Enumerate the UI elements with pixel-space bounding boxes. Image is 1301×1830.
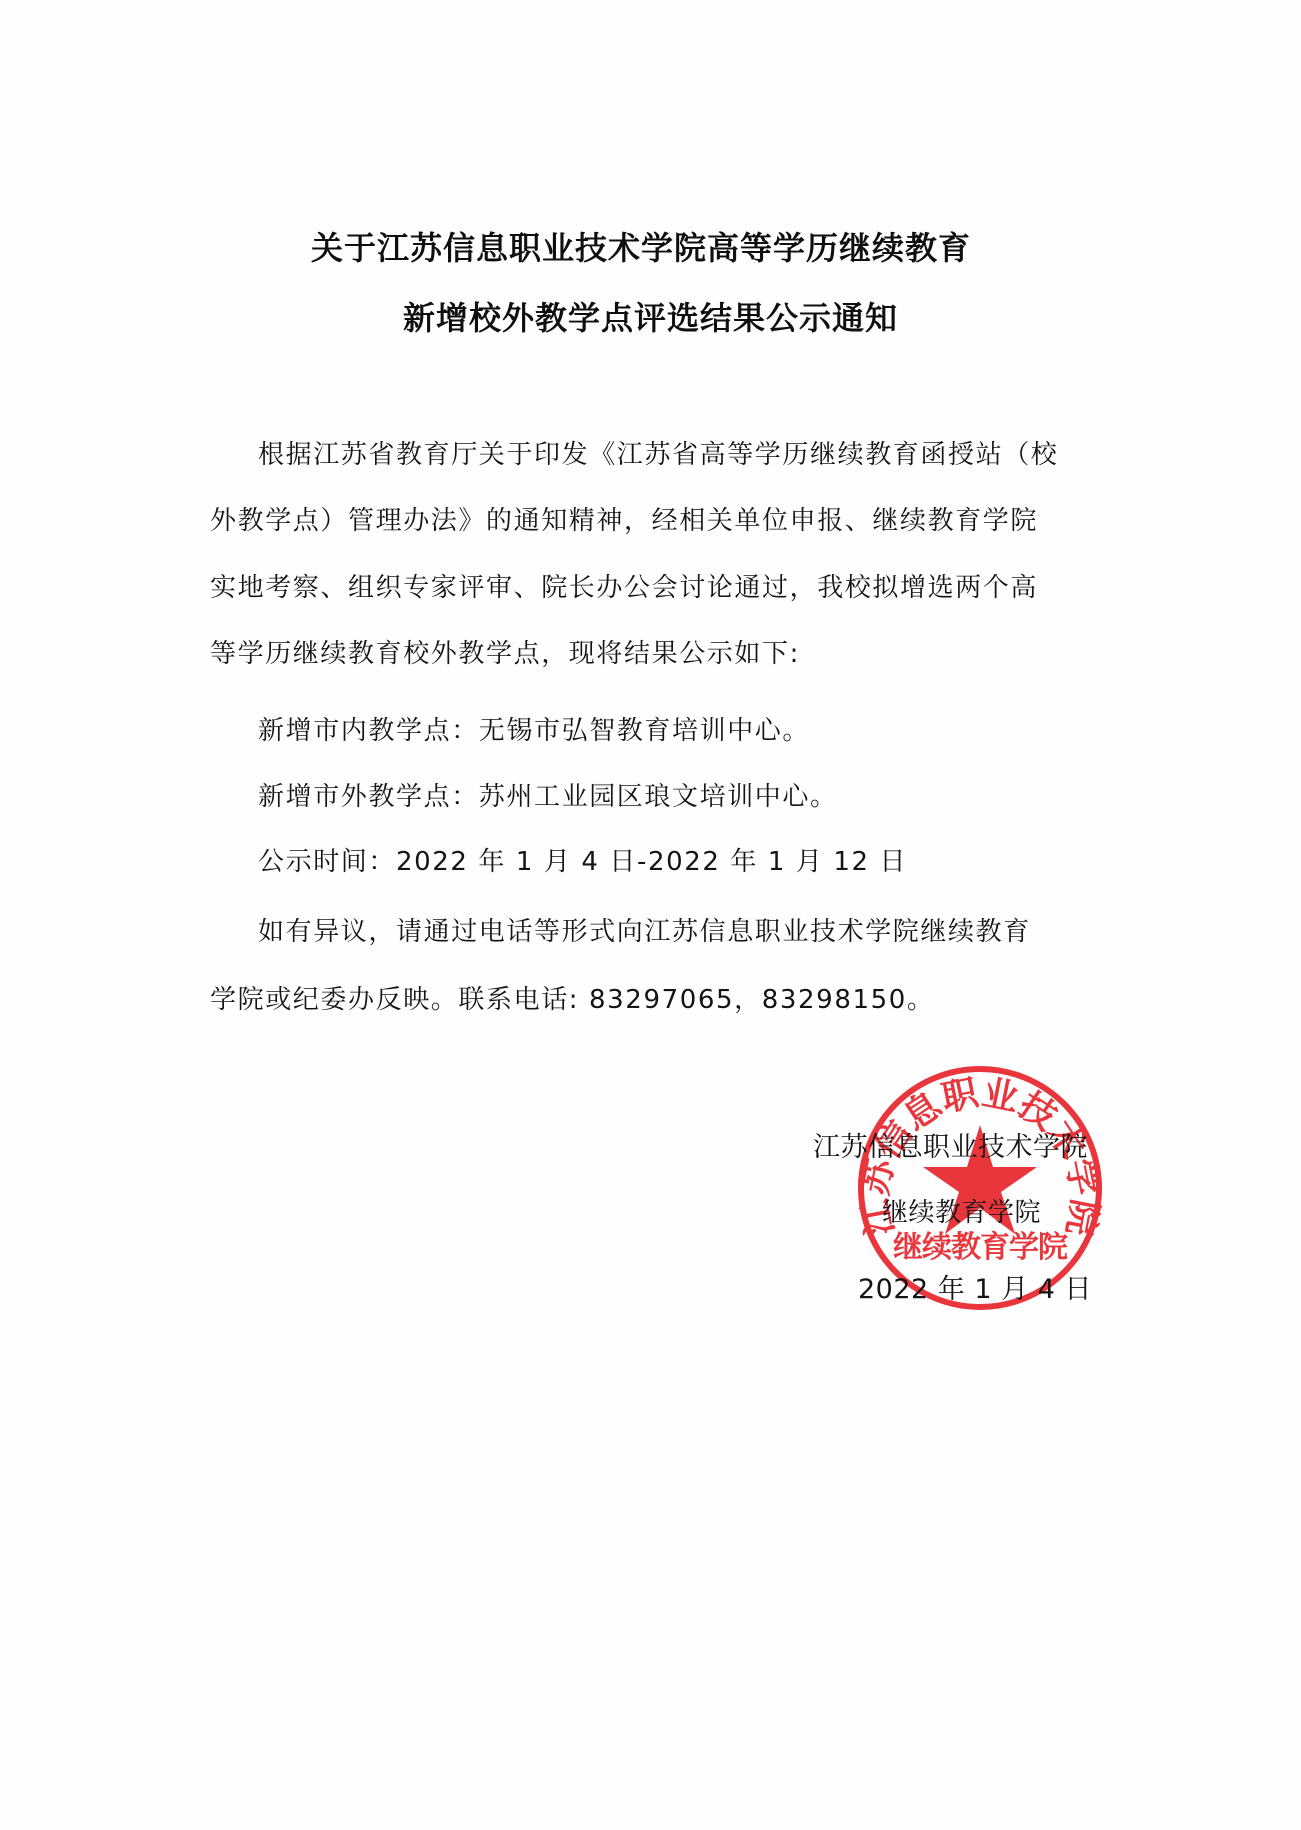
body-paragraph-1-line-3: 实地考察、组织专家评审、院长办公会讨论通过，我校拟增选两个高 (210, 571, 1038, 605)
signature-department: 继续教育学院 (882, 1196, 1041, 1230)
document-title-line-1: 关于江苏信息职业技术学院高等学历继续教育 (311, 228, 971, 268)
publicity-period: 公示时间：2022 年 1 月 4 日-2022 年 1 月 12 日 (258, 845, 907, 879)
objection-line-2: 学院或纪委办反映。联系电话: 83297065，83298150。 (210, 983, 935, 1017)
out-city-teaching-point: 新增市外教学点：苏州工业园区琅文培训中心。 (258, 780, 838, 814)
body-paragraph-1-line-2: 外教学点）管理办法》的通知精神，经相关单位申报、继续教育学院 (210, 504, 1038, 538)
signature-date: 2022 年 1 月 4 日 (858, 1273, 1092, 1307)
signature-institution: 江苏信息职业技术学院 (813, 1131, 1088, 1165)
seal-bottom-text: 继续教育学院 (855, 1231, 1105, 1265)
document-page: 关于江苏信息职业技术学院高等学历继续教育 新增校外教学点评选结果公示通知 根据江… (0, 0, 1301, 1830)
body-paragraph-1-line-4: 等学历继续教育校外教学点，现将结果公示如下: (210, 637, 800, 671)
in-city-teaching-point: 新增市内教学点：无锡市弘智教育培训中心。 (258, 714, 810, 748)
objection-line-1: 如有异议，请通过电话等形式向江苏信息职业技术学院继续教育 (258, 915, 1031, 949)
document-title-line-2: 新增校外教学点评选结果公示通知 (403, 298, 898, 338)
body-paragraph-1-line-1: 根据江苏省教育厅关于印发《江苏省高等学历继续教育函授站（校 (258, 438, 1058, 472)
